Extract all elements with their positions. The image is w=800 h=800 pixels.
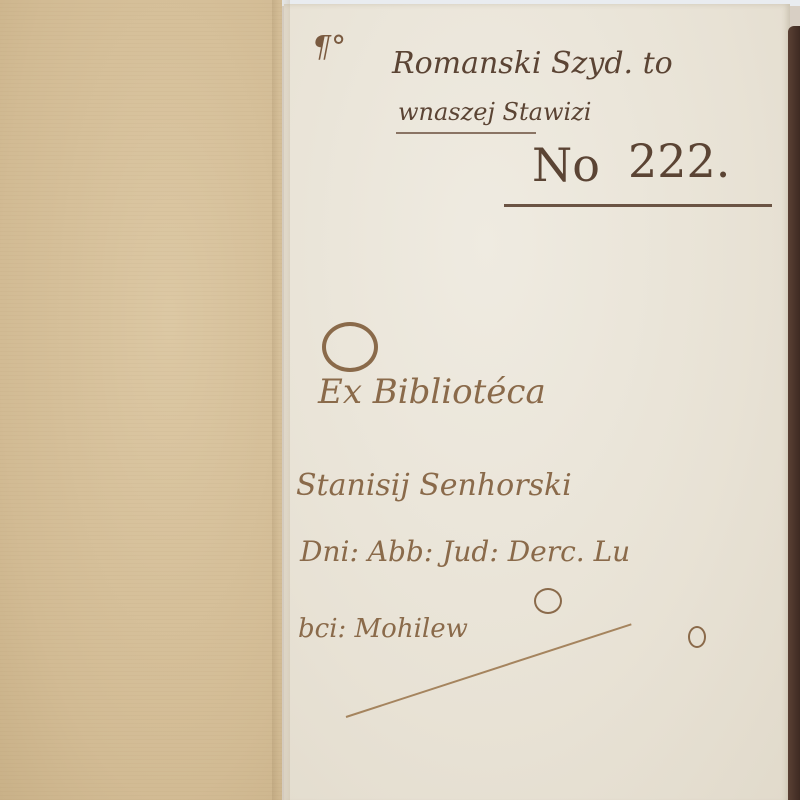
body-line-3: Dni: Abb: Jud: Derc. Lu	[300, 535, 630, 568]
body-line-4: bci: Mohilew	[298, 614, 468, 644]
body-line-1: Ex Bibliotéca	[318, 372, 546, 412]
number-label: No	[532, 138, 600, 192]
flourish-small-1	[534, 588, 562, 614]
body-line-2: Stanisij Senhorski	[296, 468, 572, 503]
number-underline	[504, 204, 772, 207]
page-gutter	[272, 0, 290, 800]
leather-cover-edge	[788, 26, 800, 800]
blank-endpaper	[0, 0, 282, 800]
number-value: 222.	[628, 134, 730, 188]
flourish-small-2	[688, 626, 706, 648]
capital-e-flourish	[322, 322, 378, 372]
header-underline-short	[396, 132, 536, 134]
header-line-1: Romanski Szyd. to	[392, 46, 673, 81]
header-line-2: wnaszej Stawizi	[398, 98, 591, 126]
paragraph-mark: ¶°	[312, 30, 346, 65]
